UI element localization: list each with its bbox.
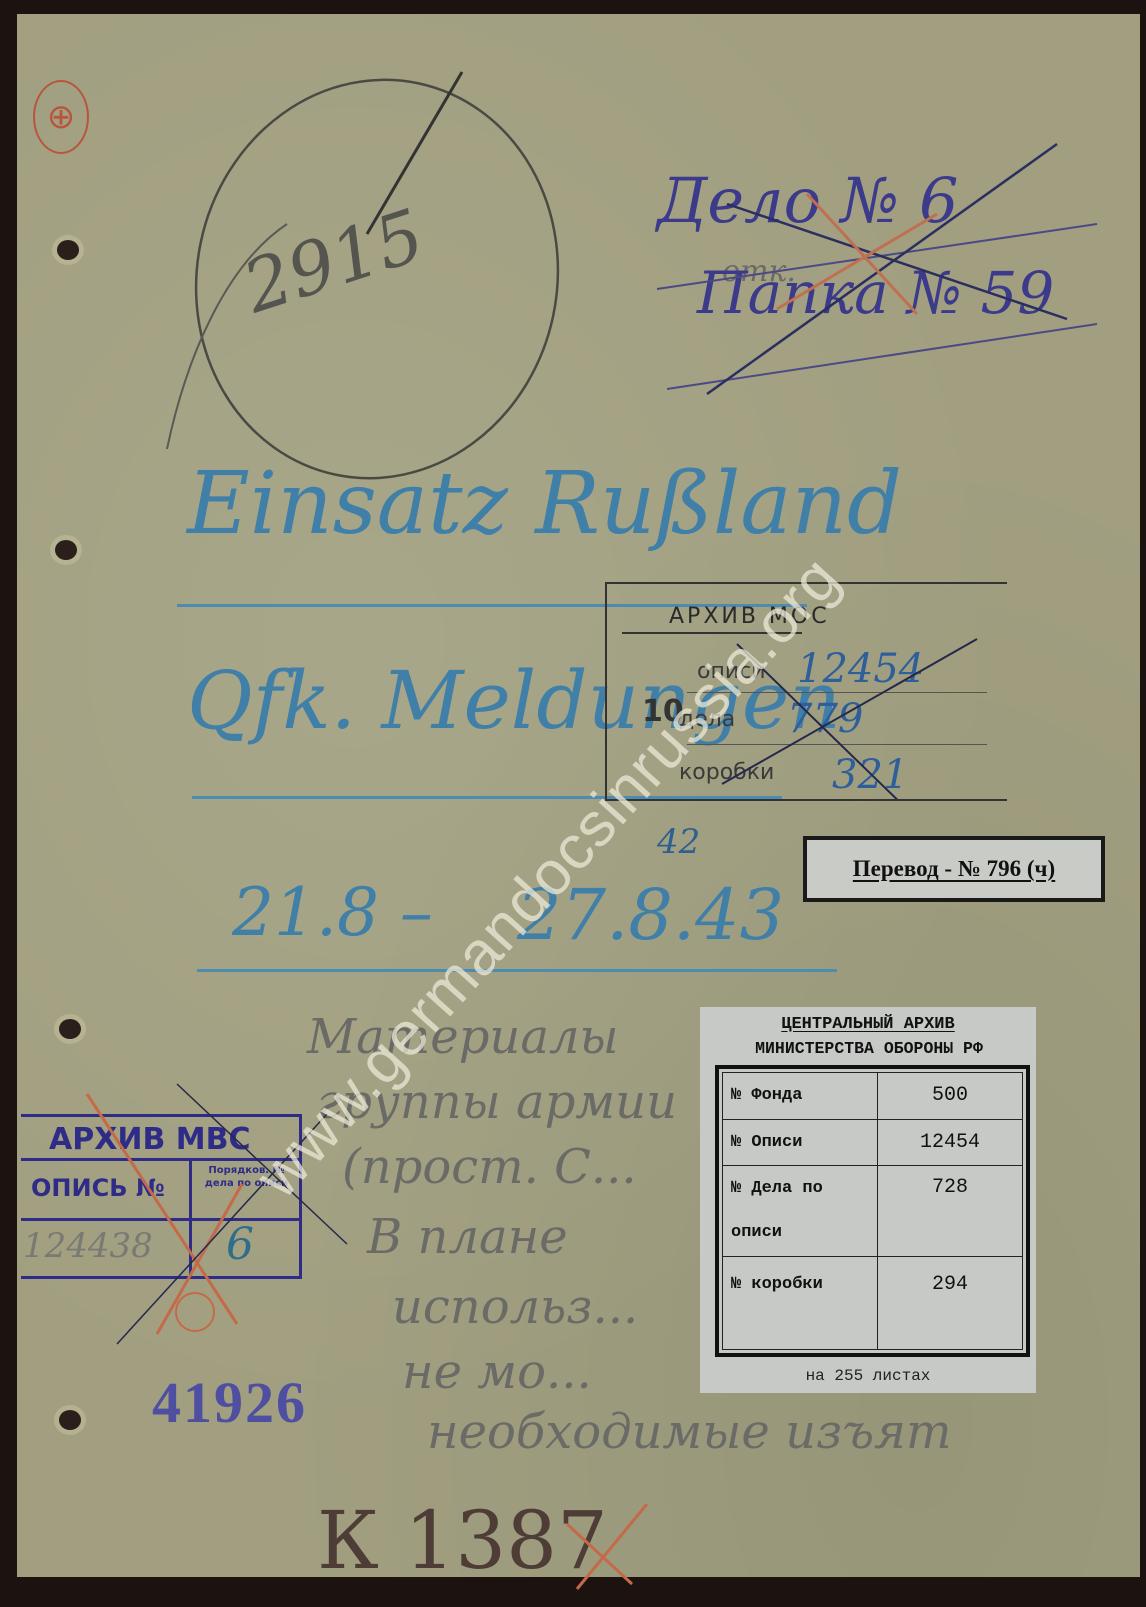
pencil-note-line: использ...	[392, 1279, 638, 1335]
card-label-korobka: № коробки	[723, 1257, 878, 1350]
pencil-note-line: не мо...	[402, 1344, 592, 1400]
card-label-opis: № Описи	[723, 1119, 878, 1166]
card-value-delo: 728	[878, 1166, 1023, 1257]
shelf-mark-crossout-icon	[557, 1504, 697, 1594]
card-header-line1-wrap: ЦЕНТРАЛЬНЫЙ АРХИВ	[700, 1015, 1036, 1034]
card-table: № Фонда 500 № Описи 12454 № Дела по опис…	[715, 1065, 1030, 1357]
title-line1: Einsatz Rußland	[187, 454, 902, 554]
pencil-note-line: (прост. С...	[342, 1139, 637, 1195]
translation-label-inner: Перевод - № 796 (ч)	[807, 840, 1101, 898]
punch-hole	[55, 540, 77, 560]
card-footer: на 255 листах	[700, 1367, 1036, 1385]
table-row: № Описи 12454	[723, 1119, 1023, 1166]
archive-card: ЦЕНТРАЛЬНЫЙ АРХИВ МИНИСТЕРСТВА ОБОРОНЫ Р…	[700, 1007, 1036, 1393]
table-row: № Фонда 500	[723, 1073, 1023, 1120]
document-cover: ⊕ 2915 Дело № 6 отк. Папка № 59 Einsatz …	[17, 14, 1140, 1577]
date-from: 21.8 –	[232, 874, 433, 951]
punch-hole	[59, 1019, 81, 1039]
translation-label-text: Перевод - № 796 (ч)	[853, 856, 1055, 882]
card-header-line1: ЦЕНТРАЛЬНЫЙ АРХИВ	[781, 1015, 954, 1034]
card-value-opis: 12454	[878, 1119, 1023, 1166]
underline-3	[197, 969, 837, 972]
card-value-korobka: 294	[878, 1257, 1023, 1350]
corner-mark-glyph: ⊕	[47, 98, 76, 136]
punch-hole	[57, 240, 79, 260]
stamp-number: 41926	[152, 1369, 307, 1436]
red-mark-small	[175, 1292, 215, 1332]
translation-label: Перевод - № 796 (ч)	[803, 836, 1105, 902]
card-label-delo: № Дела по описи	[723, 1166, 878, 1257]
table-row: № коробки 294	[723, 1257, 1023, 1350]
card-value-fond: 500	[878, 1073, 1023, 1120]
punch-hole	[59, 1410, 81, 1430]
card-header-line2: МИНИСТЕРСТВА ОБОРОНЫ РФ	[704, 1039, 1034, 1058]
card-label-fond: № Фонда	[723, 1073, 878, 1120]
crossout-lines-icon	[637, 134, 1137, 424]
pencil-note-line: В плане	[367, 1209, 568, 1265]
table-row: № Дела по описи 728	[723, 1166, 1023, 1257]
pencil-note-line: необходимые изъят	[427, 1404, 951, 1460]
corner-red-mark: ⊕	[33, 80, 89, 154]
date-correction: 42	[657, 822, 700, 862]
